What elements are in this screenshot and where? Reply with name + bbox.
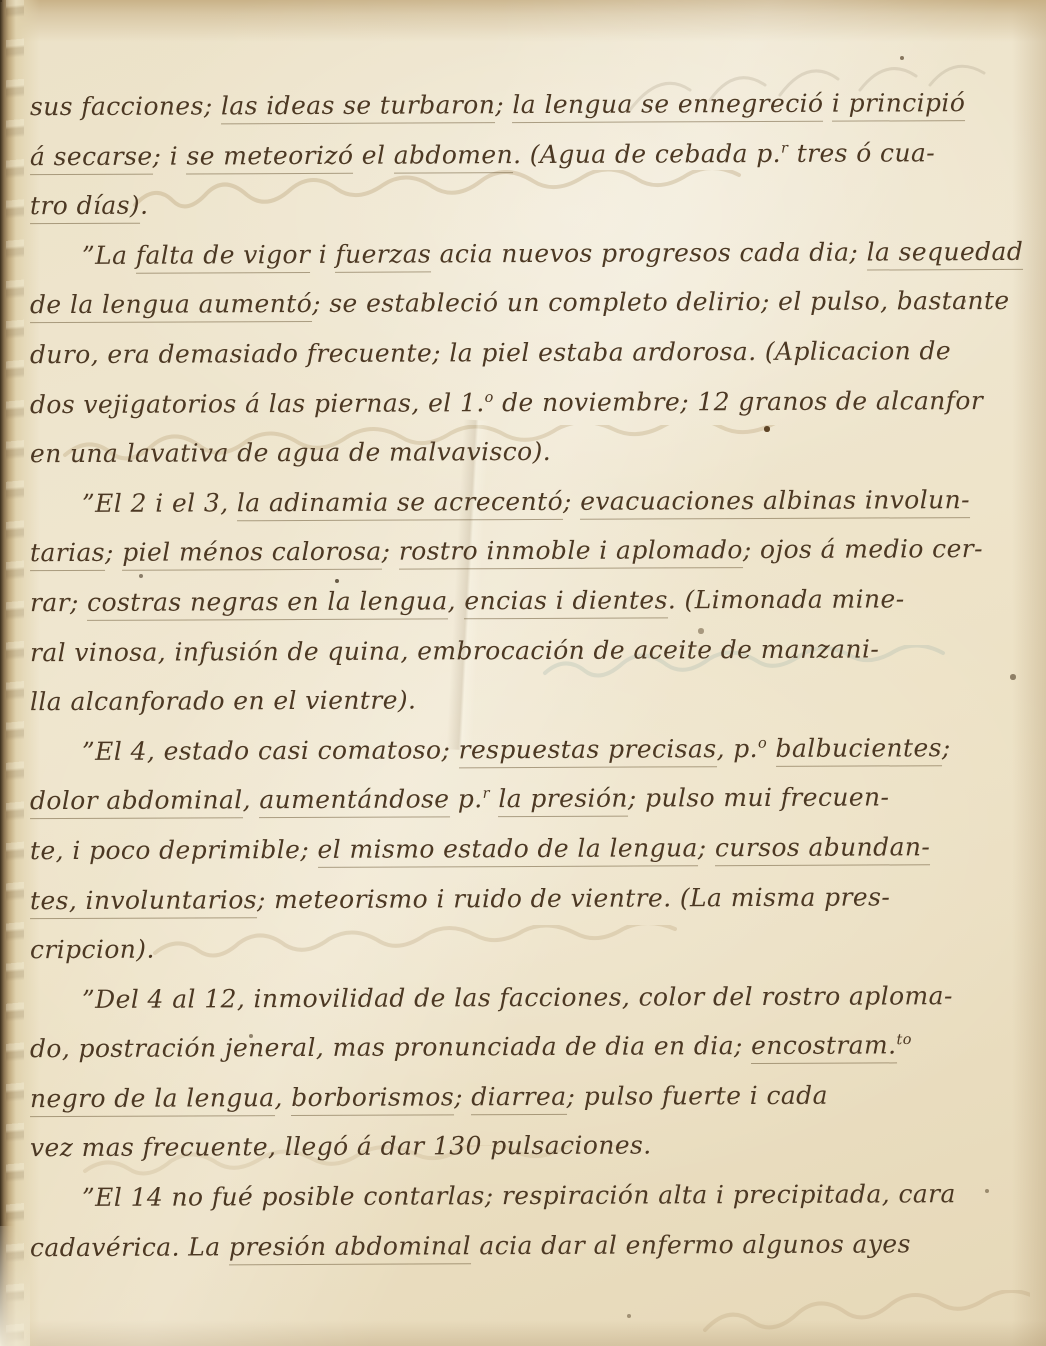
text-segment: .: [140, 191, 148, 220]
manuscript-page-scan: sus facciones; las ideas se turbaron; la…: [0, 0, 1046, 1346]
superscript-text-segment: o: [758, 735, 767, 751]
manuscript-line: vez mas frecuente, llegó á dar 130 pulsa…: [30, 1129, 1032, 1183]
underlined-text-segment: la lengua se ennegreció: [512, 89, 823, 123]
underlined-text-segment: evacuaciones albinas involun-: [580, 485, 970, 520]
superscript-text-segment: r: [483, 786, 490, 802]
text-segment: acia dar al enfermo algunos ayes: [471, 1229, 911, 1260]
underlined-text-segment: tarias: [30, 538, 105, 571]
text-segment: ,: [274, 1083, 291, 1112]
underlined-text-segment: balbucientes: [775, 733, 942, 767]
underlined-text-segment: abdomen: [394, 140, 514, 174]
underlined-text-segment: tro días): [30, 191, 140, 224]
text-segment: te, i poco deprimible;: [30, 835, 318, 865]
text-segment: ; i: [152, 141, 186, 170]
text-segment: cadavérica. La: [30, 1232, 229, 1262]
underlined-text-segment: costras negras en la lengua: [87, 586, 448, 621]
text-segment: i: [310, 240, 335, 269]
text-segment: de noviembre; 12 granos de alcanfor: [494, 386, 984, 417]
manuscript-line: negro de la lengua, borborismos; diarrea…: [30, 1080, 1032, 1134]
text-segment: en una lavativa de agua de malvavisco).: [30, 437, 551, 468]
text-segment: ”El 2 i el 3,: [82, 488, 237, 518]
text-segment: p.: [449, 785, 482, 814]
text-segment: duro, era demasiado frecuente; la piel e…: [30, 336, 951, 369]
manuscript-line: cadavérica. La presión abdominal acia da…: [30, 1228, 1032, 1282]
underlined-text-segment: borborismos: [291, 1082, 454, 1116]
underlined-text-segment: las ideas se turbaron: [221, 90, 495, 124]
text-segment: el: [353, 140, 393, 169]
paper-corner-fold: [0, 1226, 30, 1346]
ink-specks: [0, 0, 2, 2]
underlined-text-segment: encostram.: [751, 1031, 896, 1065]
text-segment: ; pulso fuerte i cada: [566, 1081, 827, 1111]
manuscript-line: sus facciones; las ideas se turbaron; la…: [30, 88, 1032, 142]
manuscript-line: ral vinosa, infusión de quina, embrocaci…: [30, 633, 1032, 687]
underlined-text-segment: la adinamia se acrecentó: [237, 487, 563, 521]
manuscript-line: de la lengua aumentó; se estableció un c…: [30, 286, 1032, 340]
text-segment: tres ó cua-: [788, 138, 935, 168]
text-segment: ; meteorismo i ruido de vientre. (La mis…: [257, 882, 890, 914]
text-segment: [767, 734, 775, 763]
manuscript-line: ”Del 4 al 12, inmovilidad de las faccion…: [30, 981, 1032, 1035]
text-segment: do, postración jeneral, mas pronunciada …: [30, 1031, 751, 1063]
text-segment: ;: [105, 538, 122, 567]
manuscript-line: ”El 14 no fué posible contarlas; respira…: [30, 1179, 1032, 1233]
text-segment: rar;: [30, 588, 87, 617]
manuscript-line: rar; costras negras en la lengua, encias…: [30, 584, 1032, 638]
manuscript-text-block: sus facciones; las ideas se turbaron; la…: [30, 90, 1032, 1280]
manuscript-line: do, postración jeneral, mas pronunciada …: [30, 1030, 1032, 1084]
manuscript-line: te, i poco deprimible; el mismo estado d…: [30, 832, 1032, 886]
pencil-ghost-marks: [700, 1290, 1030, 1346]
manuscript-line: duro, era demasiado frecuente; la piel e…: [30, 336, 1032, 390]
underlined-text-segment: á secarse: [30, 141, 153, 175]
text-segment: ;: [495, 90, 512, 119]
text-segment: ; se estableció un completo delirio; el …: [312, 286, 1010, 318]
text-segment: ;: [942, 733, 951, 762]
text-segment: cripcion).: [30, 935, 155, 965]
text-segment: [823, 89, 831, 118]
underlined-text-segment: presión abdominal: [229, 1231, 471, 1265]
underlined-text-segment: encias i dientes: [464, 585, 668, 619]
text-segment: ral vinosa, infusión de quina, embrocaci…: [30, 634, 879, 667]
text-segment: acia nuevos progresos cada dia;: [431, 237, 866, 268]
text-segment: vez mas frecuente, llegó á dar 130 pulsa…: [30, 1131, 652, 1163]
underlined-text-segment: diarrea: [471, 1082, 566, 1115]
manuscript-line: tro días).: [30, 187, 1032, 241]
underlined-text-segment: cursos abundan-: [715, 832, 930, 866]
text-segment: ;: [563, 487, 580, 516]
underlined-text-segment: se meteorizó: [186, 140, 353, 174]
superscript-text-segment: o: [485, 389, 494, 405]
manuscript-line: lla alcanforado en el vientre).: [30, 683, 1032, 737]
manuscript-line: en una lavativa de agua de malvavisco).: [30, 435, 1032, 489]
underlined-text-segment: tes, involuntarios: [30, 885, 257, 919]
manuscript-line: ”El 4, estado casi comatoso; respuestas …: [30, 733, 1032, 787]
superscript-text-segment: to: [896, 1032, 911, 1048]
text-segment: ”Del 4 al 12, inmovilidad de las faccion…: [82, 981, 953, 1014]
manuscript-line: cripcion).: [30, 931, 1032, 985]
text-segment: ; ojos á medio cer-: [743, 534, 983, 564]
underlined-text-segment: fuerzas: [335, 239, 431, 272]
underlined-text-segment: la presión: [498, 784, 628, 818]
text-segment: lla alcanforado en el vientre).: [30, 686, 417, 717]
manuscript-line: ”La falta de vigor i fuerzas acia nuevos…: [30, 237, 1032, 291]
text-segment: ”El 4, estado casi comatoso;: [82, 735, 459, 766]
text-segment: . (Limonada mine-: [668, 584, 905, 614]
underlined-text-segment: respuestas precisas: [459, 734, 717, 768]
underlined-text-segment: i principió: [832, 88, 966, 122]
text-segment: ”La: [82, 241, 136, 270]
underlined-text-segment: rostro inmoble i aplomado: [399, 535, 743, 570]
manuscript-line: ”El 2 i el 3, la adinamia se acrecentó; …: [30, 485, 1032, 539]
text-segment: ;: [698, 833, 715, 862]
text-segment: , p.: [716, 734, 758, 763]
text-segment: . (Agua de cebada p.: [513, 139, 781, 169]
text-segment: dos vejigatorios á las piernas, el 1.: [30, 388, 485, 419]
underlined-text-segment: piel ménos calorosa: [122, 537, 382, 571]
underlined-text-segment: el mismo estado de la lengua: [317, 833, 697, 868]
underlined-text-segment: dolor abdominal: [30, 786, 243, 820]
text-segment: ,: [448, 586, 465, 615]
manuscript-line: tarias; piel ménos calorosa; rostro inmo…: [30, 534, 1032, 588]
manuscript-line: dos vejigatorios á las piernas, el 1.o d…: [30, 385, 1032, 439]
text-segment: ;: [382, 537, 399, 566]
text-segment: ,: [243, 785, 260, 814]
manuscript-line: dolor abdominal, aumentándose p.r la pre…: [30, 782, 1032, 836]
manuscript-line: á secarse; i se meteorizó el abdomen. (A…: [30, 137, 1032, 191]
text-segment: ”El 14 no fué posible contarlas; respira…: [82, 1179, 956, 1212]
underlined-text-segment: la sequedad: [866, 237, 1023, 271]
underlined-text-segment: falta de vigor: [136, 240, 311, 274]
underlined-text-segment: negro de la lengua: [30, 1083, 275, 1117]
underlined-text-segment: aumentándose: [259, 785, 449, 819]
text-segment: ;: [454, 1082, 471, 1111]
underlined-text-segment: de la lengua aumentó: [30, 289, 312, 323]
manuscript-line: tes, involuntarios; meteorismo i ruido d…: [30, 881, 1032, 935]
text-segment: sus facciones;: [30, 91, 221, 121]
text-segment: ; pulso mui frecuen-: [628, 783, 890, 813]
